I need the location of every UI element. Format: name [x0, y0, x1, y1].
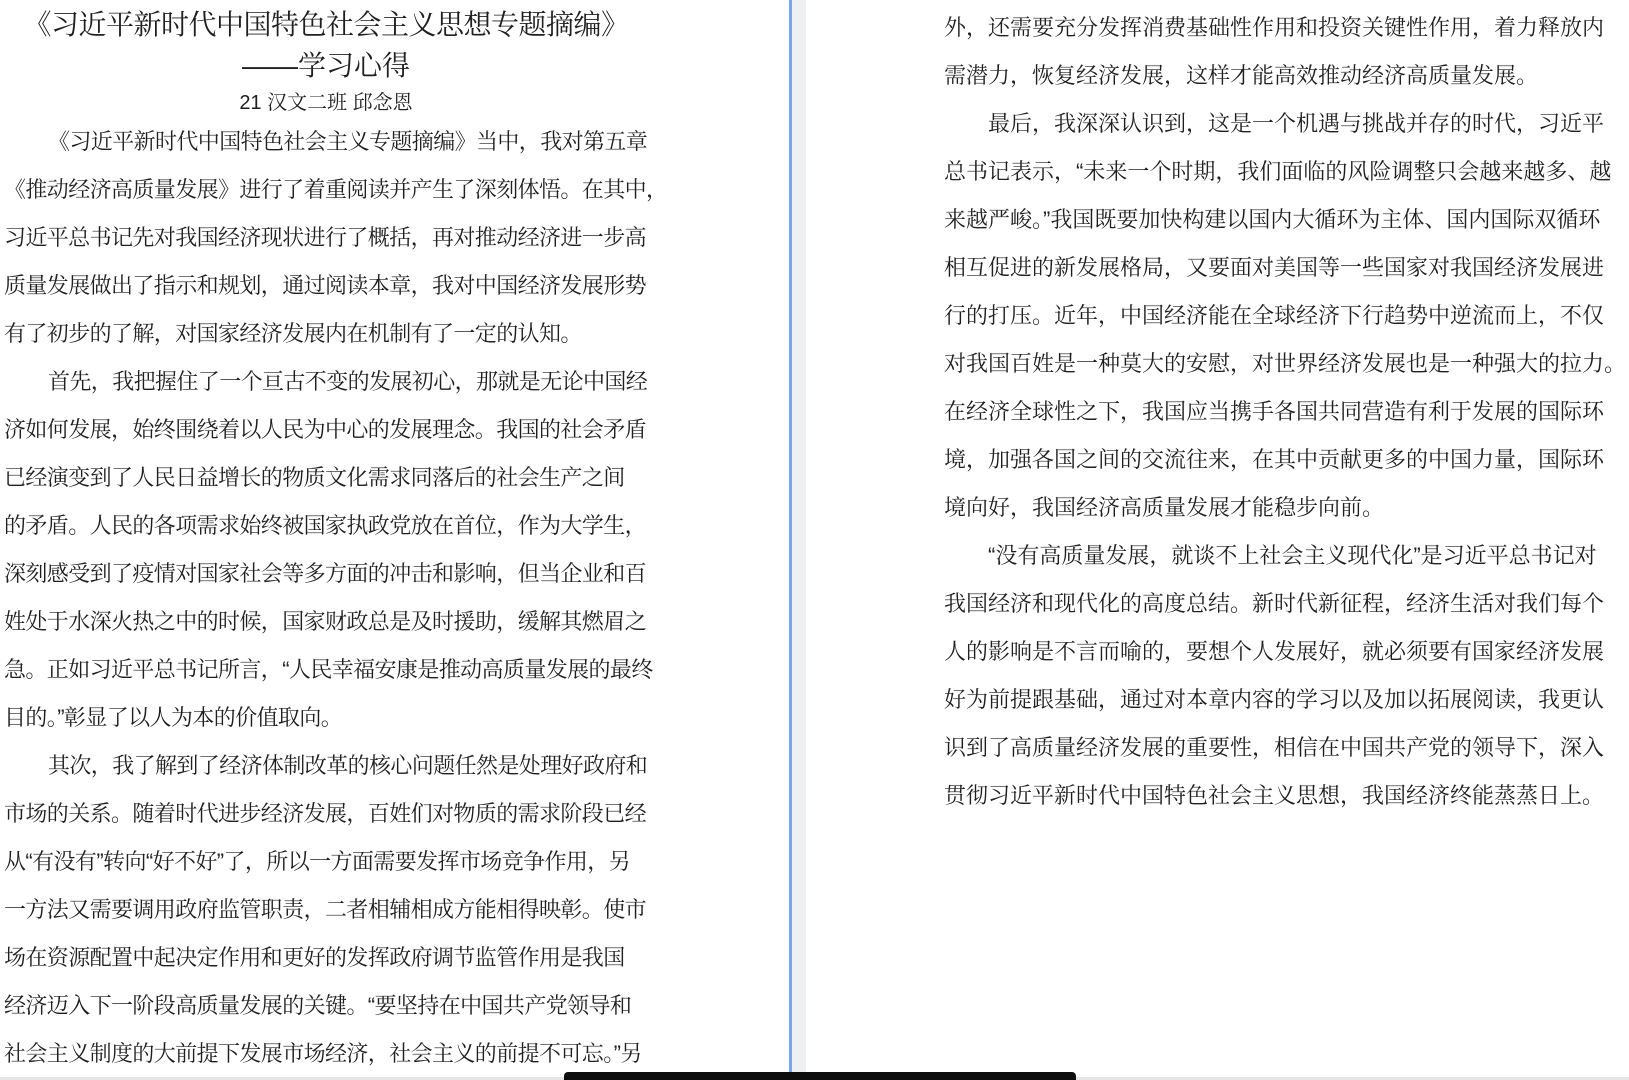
background-window-bar[interactable]	[564, 1072, 1076, 1080]
text-line: 社会主义制度的大前提下发展市场经济，社会主义的前提不可忘。”另	[4, 1030, 648, 1078]
text-line: 我国经济和现代化的高度总结。新时代新征程，经济生活对我们每个	[944, 580, 1612, 628]
text-line: 市场的关系。随着时代进步经济发展，百姓们对物质的需求阶段已经	[4, 790, 648, 838]
text-line: 从“有没有”转向“好不好”了，所以一方面需要发挥市场竞争作用，另	[4, 838, 648, 886]
right-column-body: 外，还需要充分发挥消费基础性作用和投资关键性作用，着力释放内需潜力，恢复经济发展…	[944, 4, 1612, 820]
text-line: 质量发展做出了指示和规划，通过阅读本章，我对中国经济发展形势	[4, 262, 648, 310]
text-line: 识到了高质量经济发展的重要性，相信在中国共产党的领导下，深入	[944, 724, 1612, 772]
text-line: 对我国百姓是一种莫大的安慰，对世界经济发展也是一种强大的拉力。	[944, 340, 1612, 388]
document-subtitle: ——学习心得	[4, 44, 648, 88]
text-line: 姓处于水深火热之中的时候，国家财政总是及时援助，缓解其燃眉之	[4, 598, 648, 646]
text-line: 的矛盾。人民的各项需求始终被国家执政党放在首位，作为大学生，	[4, 502, 648, 550]
left-column-body: 《习近平新时代中国特色社会主义专题摘编》当中，我对第五章《推动经济高质量发展》进…	[4, 118, 648, 1078]
text-line: 来越严峻。”我国既要加快构建以国内大循环为主体、国内国际双循环	[944, 196, 1612, 244]
text-line: 好为前提跟基础，通过对本章内容的学习以及加以拓展阅读，我更认	[944, 676, 1612, 724]
text-line: 经济迈入下一阶段高质量发展的关键。“要坚持在中国共产党领导和	[4, 982, 648, 1030]
text-line: 已经演变到了人民日益增长的物质文化需求同落后的社会生产之间	[4, 454, 648, 502]
text-line: 其次，我了解到了经济体制改革的核心问题任然是处理好政府和	[4, 742, 648, 790]
document-viewer: 《习近平新时代中国特色社会主义思想专题摘编》 ——学习心得 21 汉文二班 邱念…	[0, 0, 1629, 1080]
text-line: 在经济全球性之下，我国应当携手各国共同营造有利于发展的国际环	[944, 388, 1612, 436]
page-left-text: 《习近平新时代中国特色社会主义思想专题摘编》 ——学习心得 21 汉文二班 邱念…	[4, 0, 648, 1078]
text-line: 需潜力，恢复经济发展，这样才能高效推动经济高质量发展。	[944, 52, 1612, 100]
text-line: 有了初步的了解，对国家经济发展内在机制有了一定的认知。	[4, 310, 648, 358]
text-line: 境向好，我国经济高质量发展才能稳步向前。	[944, 484, 1612, 532]
page-divider-line	[789, 0, 792, 1080]
document-title: 《习近平新时代中国特色社会主义思想专题摘编》	[4, 6, 648, 44]
text-line: 深刻感受到了疫情对国家社会等多方面的冲击和影响，但当企业和百	[4, 550, 648, 598]
page-right-text: 外，还需要充分发挥消费基础性作用和投资关键性作用，着力释放内需潜力，恢复经济发展…	[944, 0, 1612, 820]
text-line: 济如何发展，始终围绕着以人民为中心的发展理念。我国的社会矛盾	[4, 406, 648, 454]
text-line: “没有高质量发展，就谈不上社会主义现代化”是习近平总书记对	[944, 532, 1612, 580]
text-line: 总书记表示，“未来一个时期，我们面临的风险调整只会越来越多、越	[944, 148, 1612, 196]
text-line: 一方法又需要调用政府监管职责，二者相辅相成方能相得映彰。使市	[4, 886, 648, 934]
text-line: 外，还需要充分发挥消费基础性作用和投资关键性作用，着力释放内	[944, 4, 1612, 52]
text-line: 场在资源配置中起决定作用和更好的发挥政府调节监管作用是我国	[4, 934, 648, 982]
text-line: 行的打压。近年，中国经济能在全球经济下行趋势中逆流而上，不仅	[944, 292, 1612, 340]
page-right[interactable]: 外，还需要充分发挥消费基础性作用和投资关键性作用，着力释放内需潜力，恢复经济发展…	[806, 0, 1629, 1080]
text-line: 习近平总书记先对我国经济现状进行了概括，再对推动经济进一步高	[4, 214, 648, 262]
text-line: 首先，我把握住了一个亘古不变的发展初心，那就是无论中国经	[4, 358, 648, 406]
page-gutter	[792, 0, 806, 1080]
text-line: 人的影响是不言而喻的，要想个人发展好，就必须要有国家经济发展	[944, 628, 1612, 676]
text-line: 急。正如习近平总书记所言，“人民幸福安康是推动高质量发展的最终	[4, 646, 648, 694]
text-line: 贯彻习近平新时代中国特色社会主义思想，我国经济终能蒸蒸日上。	[944, 772, 1612, 820]
text-line: 相互促进的新发展格局，又要面对美国等一些国家对我国经济发展进	[944, 244, 1612, 292]
author-line: 21 汉文二班 邱念恩	[4, 88, 648, 118]
text-line: 《推动经济高质量发展》进行了着重阅读并产生了深刻体悟。在其中，	[4, 166, 648, 214]
text-line: 《习近平新时代中国特色社会主义专题摘编》当中，我对第五章	[4, 118, 648, 166]
text-line: 最后，我深深认识到，这是一个机遇与挑战并存的时代，习近平	[944, 100, 1612, 148]
page-left[interactable]: 《习近平新时代中国特色社会主义思想专题摘编》 ——学习心得 21 汉文二班 邱念…	[0, 0, 789, 1080]
text-line: 目的。”彰显了以人为本的价值取向。	[4, 694, 648, 742]
text-line: 境，加强各国之间的交流往来，在其中贡献更多的中国力量，国际环	[944, 436, 1612, 484]
